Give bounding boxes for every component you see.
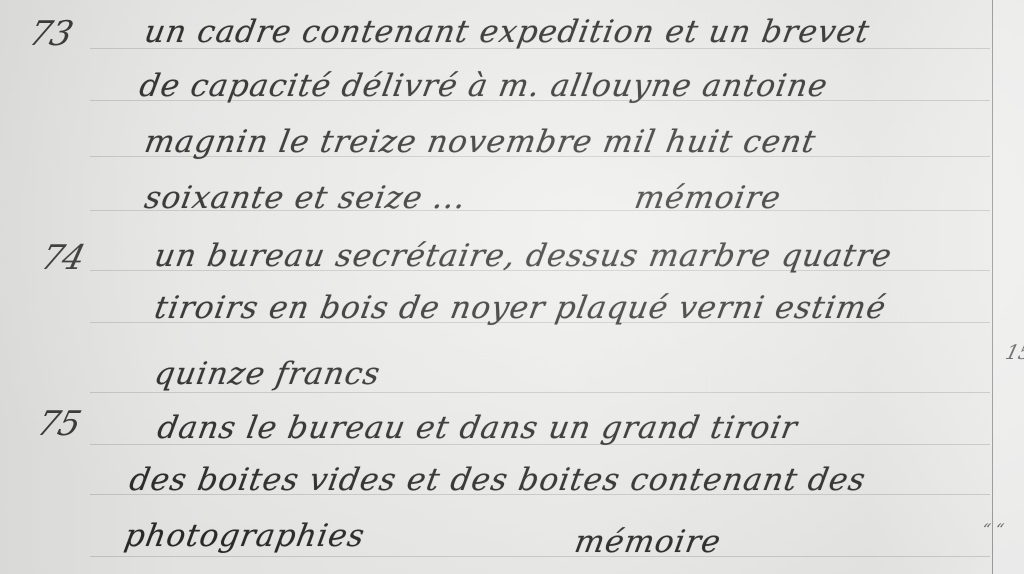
entry-75-valuation: mémoire [572,524,724,560]
entry-number-74: 74 [37,238,88,278]
entry-73-valuation: mémoire [632,180,784,216]
ruled-line [90,392,990,393]
entry-number-75: 75 [33,404,84,444]
entry-74-line-2: tiroirs en bois de noyer plaqué verni es… [152,290,889,326]
right-margin-strip [993,0,1024,574]
entry-73-line-3: magnin le treize novembre mil huit cent [142,124,819,160]
entry-75-line-2: des boites vides et des boites contenant… [127,462,869,498]
entry-73-line-1: un cadre contenant expedition et un brev… [142,14,873,50]
entry-number-73: 73 [25,14,76,54]
ruled-line [90,556,990,557]
entry-75-line-1: dans le bureau et dans un grand tiroir [155,410,801,446]
entry-73-line-4: soixante et seize ... [142,180,469,216]
entry-73-line-2: de capacité délivré à m. allouyne antoin… [137,68,831,104]
entry-74-line-1: un bureau secrétaire, dessus marbre quat… [152,238,895,274]
document-page: 73 un cadre contenant expedition et un b… [0,0,1024,574]
entry-74-line-3: quinze francs [152,356,384,392]
entry-75-line-3: photographies [122,518,368,554]
